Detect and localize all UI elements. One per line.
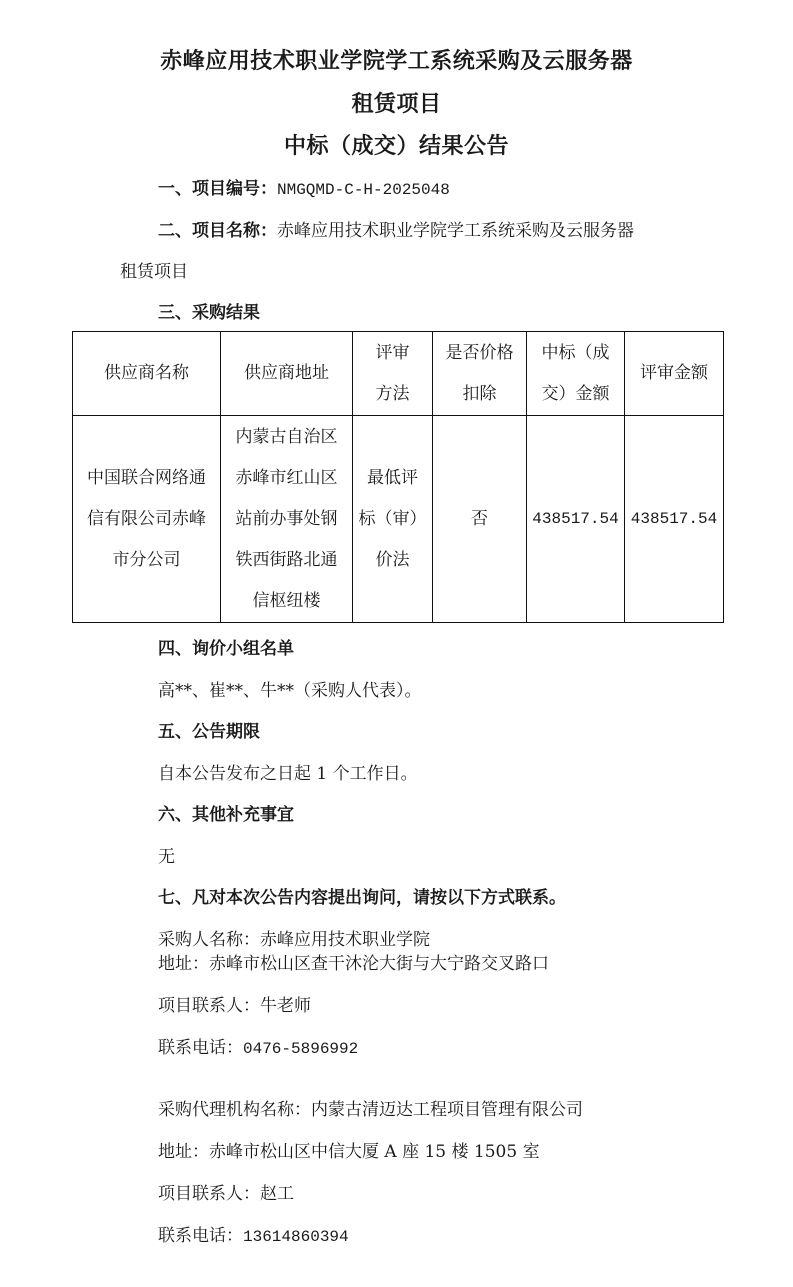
cell-supplier-name: 中国联合网络通 信有限公司赤峰 市分公司 [73, 416, 221, 623]
agency-address: 地址：赤峰市松山区中信大厦 A 座 15 楼 1505 室 [158, 1137, 540, 1162]
header-price-deduction: 是否价格扣除 [433, 332, 527, 416]
section-notice-period: 五、公告期限 [158, 717, 260, 742]
section-other-matters: 六、其他补充事宜 [158, 800, 294, 825]
other-matters-content: 无 [158, 842, 175, 867]
agency-contact-person: 项目联系人：赵工 [158, 1179, 294, 1204]
inquiry-group-members: 高**、崔**、牛**（采购人代表）。 [158, 676, 422, 701]
section-procurement-result: 三、采购结果 [158, 298, 260, 323]
procurement-result-table: 供应商名称 供应商地址 评审方法 是否价格扣除 中标（成交）金额 评审金额 中国… [72, 331, 724, 623]
agency-phone-label: 联系电话： [158, 1226, 243, 1246]
purchaser-contact-person: 项目联系人：牛老师 [158, 991, 311, 1016]
project-number-value: NMGQMD-C-H-2025048 [277, 181, 450, 199]
section-contact-info: 七、凡对本次公告内容提出询问，请按以下方式联系。 [158, 883, 566, 908]
cell-price-deduction: 否 [433, 416, 527, 623]
cell-evaluation-amount: 438517.54 [625, 416, 724, 623]
header-award-amount: 中标（成交）金额 [527, 332, 625, 416]
purchaser-name: 采购人名称：赤峰应用技术职业学院 [158, 925, 430, 950]
section-project-name: 二、项目名称：赤峰应用技术职业学院学工系统采购及云服务器 [158, 216, 634, 241]
project-name-label: 二、项目名称： [158, 221, 277, 241]
purchaser-phone-label: 联系电话： [158, 1038, 243, 1058]
header-supplier-address: 供应商地址 [221, 332, 353, 416]
purchaser-phone-number: 0476-5896992 [243, 1040, 358, 1058]
header-evaluation-method: 评审方法 [353, 332, 433, 416]
purchaser-phone: 联系电话：0476-5896992 [158, 1033, 358, 1058]
doc-title-line2: 租赁项目 [0, 87, 793, 118]
purchaser-address: 地址：赤峰市松山区查干沐沦大街与大宁路交叉路口 [158, 949, 549, 974]
agency-phone: 联系电话：13614860394 [158, 1221, 349, 1246]
cell-award-amount: 438517.54 [527, 416, 625, 623]
project-number-label: 一、项目编号： [158, 179, 277, 199]
project-name-value: 赤峰应用技术职业学院学工系统采购及云服务器 [277, 221, 634, 241]
header-supplier-name: 供应商名称 [73, 332, 221, 416]
cell-evaluation-method: 最低评 标（审） 价法 [353, 416, 433, 623]
doc-title-line1: 赤峰应用技术职业学院学工系统采购及云服务器 [0, 44, 793, 75]
section-inquiry-group: 四、询价小组名单 [158, 634, 294, 659]
agency-phone-number: 13614860394 [243, 1228, 349, 1246]
agency-name: 采购代理机构名称：内蒙古清迈达工程项目管理有限公司 [158, 1095, 583, 1120]
cell-supplier-address: 内蒙古自治区 赤峰市红山区 站前办事处钢 铁西街路北通 信枢纽楼 [221, 416, 353, 623]
header-evaluation-amount: 评审金额 [625, 332, 724, 416]
notice-period-content: 自本公告发布之日起 1 个工作日。 [158, 759, 418, 784]
doc-title-line3: 中标（成交）结果公告 [0, 129, 793, 160]
project-name-value-continued: 租赁项目 [120, 257, 188, 282]
table-header-row: 供应商名称 供应商地址 评审方法 是否价格扣除 中标（成交）金额 评审金额 [73, 332, 724, 416]
table-row: 中国联合网络通 信有限公司赤峰 市分公司 内蒙古自治区 赤峰市红山区 站前办事处… [73, 416, 724, 623]
section-project-number: 一、项目编号：NMGQMD-C-H-2025048 [158, 174, 450, 199]
